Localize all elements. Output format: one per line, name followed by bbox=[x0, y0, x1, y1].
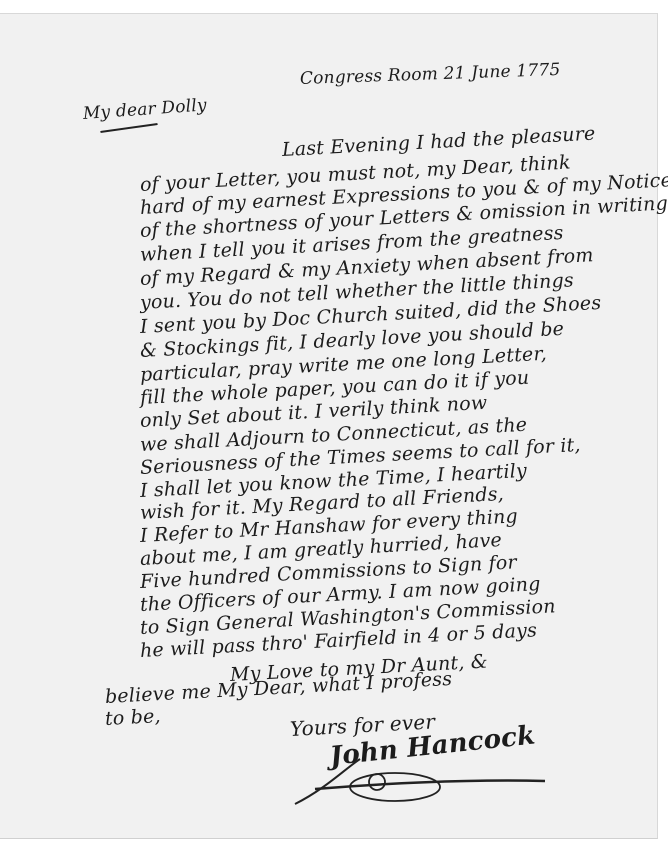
dateline: Congress Room 21 June 1775 bbox=[300, 60, 561, 89]
letter-page: Congress Room 21 June 1775 My dear Dolly… bbox=[0, 13, 658, 839]
salutation: My dear Dolly bbox=[82, 95, 207, 124]
signature-flourish-icon bbox=[285, 749, 555, 809]
salutation-underline bbox=[100, 123, 158, 133]
letter-line: to be, bbox=[104, 705, 161, 730]
